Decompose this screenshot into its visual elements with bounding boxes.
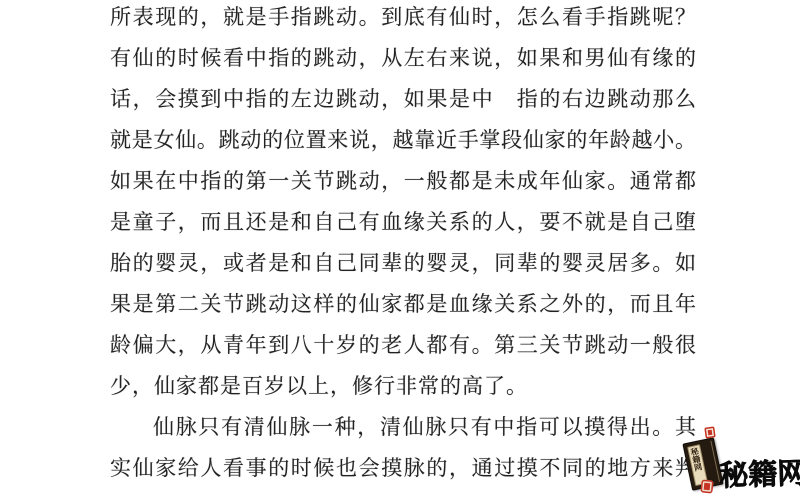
red-seal-icon [704,426,715,438]
red-seal-icon [700,479,713,493]
book-label-text: 秘籍网 [688,446,704,472]
mijiwang-watermark: 秘籍网 秘籍网 [683,424,800,500]
text-line: 龄偏大，从青年到八十岁的老人都有。第三关节跳动一般很 [110,325,696,366]
text-line: 胎的婴灵，或者是和自己同辈的婴灵，同辈的婴灵居多。如 [110,243,696,284]
body-text: 所表现的，就是手指跳动。到底有仙时，怎么看手指跳呢？ 有仙的时候看中指的跳动，从… [110,0,696,489]
text-line: 如果在中指的第一关节跳动，一般都是未成年仙家。通常都 [110,161,696,202]
text-line: 就是女仙。跳动的位置来说，越靠近手掌段仙家的年龄越小。 [110,120,696,161]
scanned-book-page: 所表现的，就是手指跳动。到底有仙时，怎么看手指跳呢？ 有仙的时候看中指的跳动，从… [0,0,800,500]
text-line: 果是第二关节跳动这样的仙家都是血缘关系之外的，而且年 [110,284,696,325]
text-line: 话，会摸到中指的左边跳动，如果是中 指的右边跳动那么 [110,79,696,120]
watermark-site-name: 秘籍网 [718,453,799,498]
text-line: 有仙的时候看中指的跳动，从左右来说，如果和男仙有缘的 [110,38,696,79]
text-line: 所表现的，就是手指跳动。到底有仙时，怎么看手指跳呢？ [110,0,696,38]
text-line: 是童子，而且还是和自己有血缘关系的人，要不就是自己堕 [110,202,696,243]
text-line: 少，仙家都是百岁以上，修行非常的高了。 [110,366,696,407]
text-line: 实仙家给人看事的时候也会摸脉的，通过摸不同的地方来判 [110,448,696,489]
text-line: 仙脉只有清仙脉一种，清仙脉只有中指可以摸得出。其 [110,407,696,448]
